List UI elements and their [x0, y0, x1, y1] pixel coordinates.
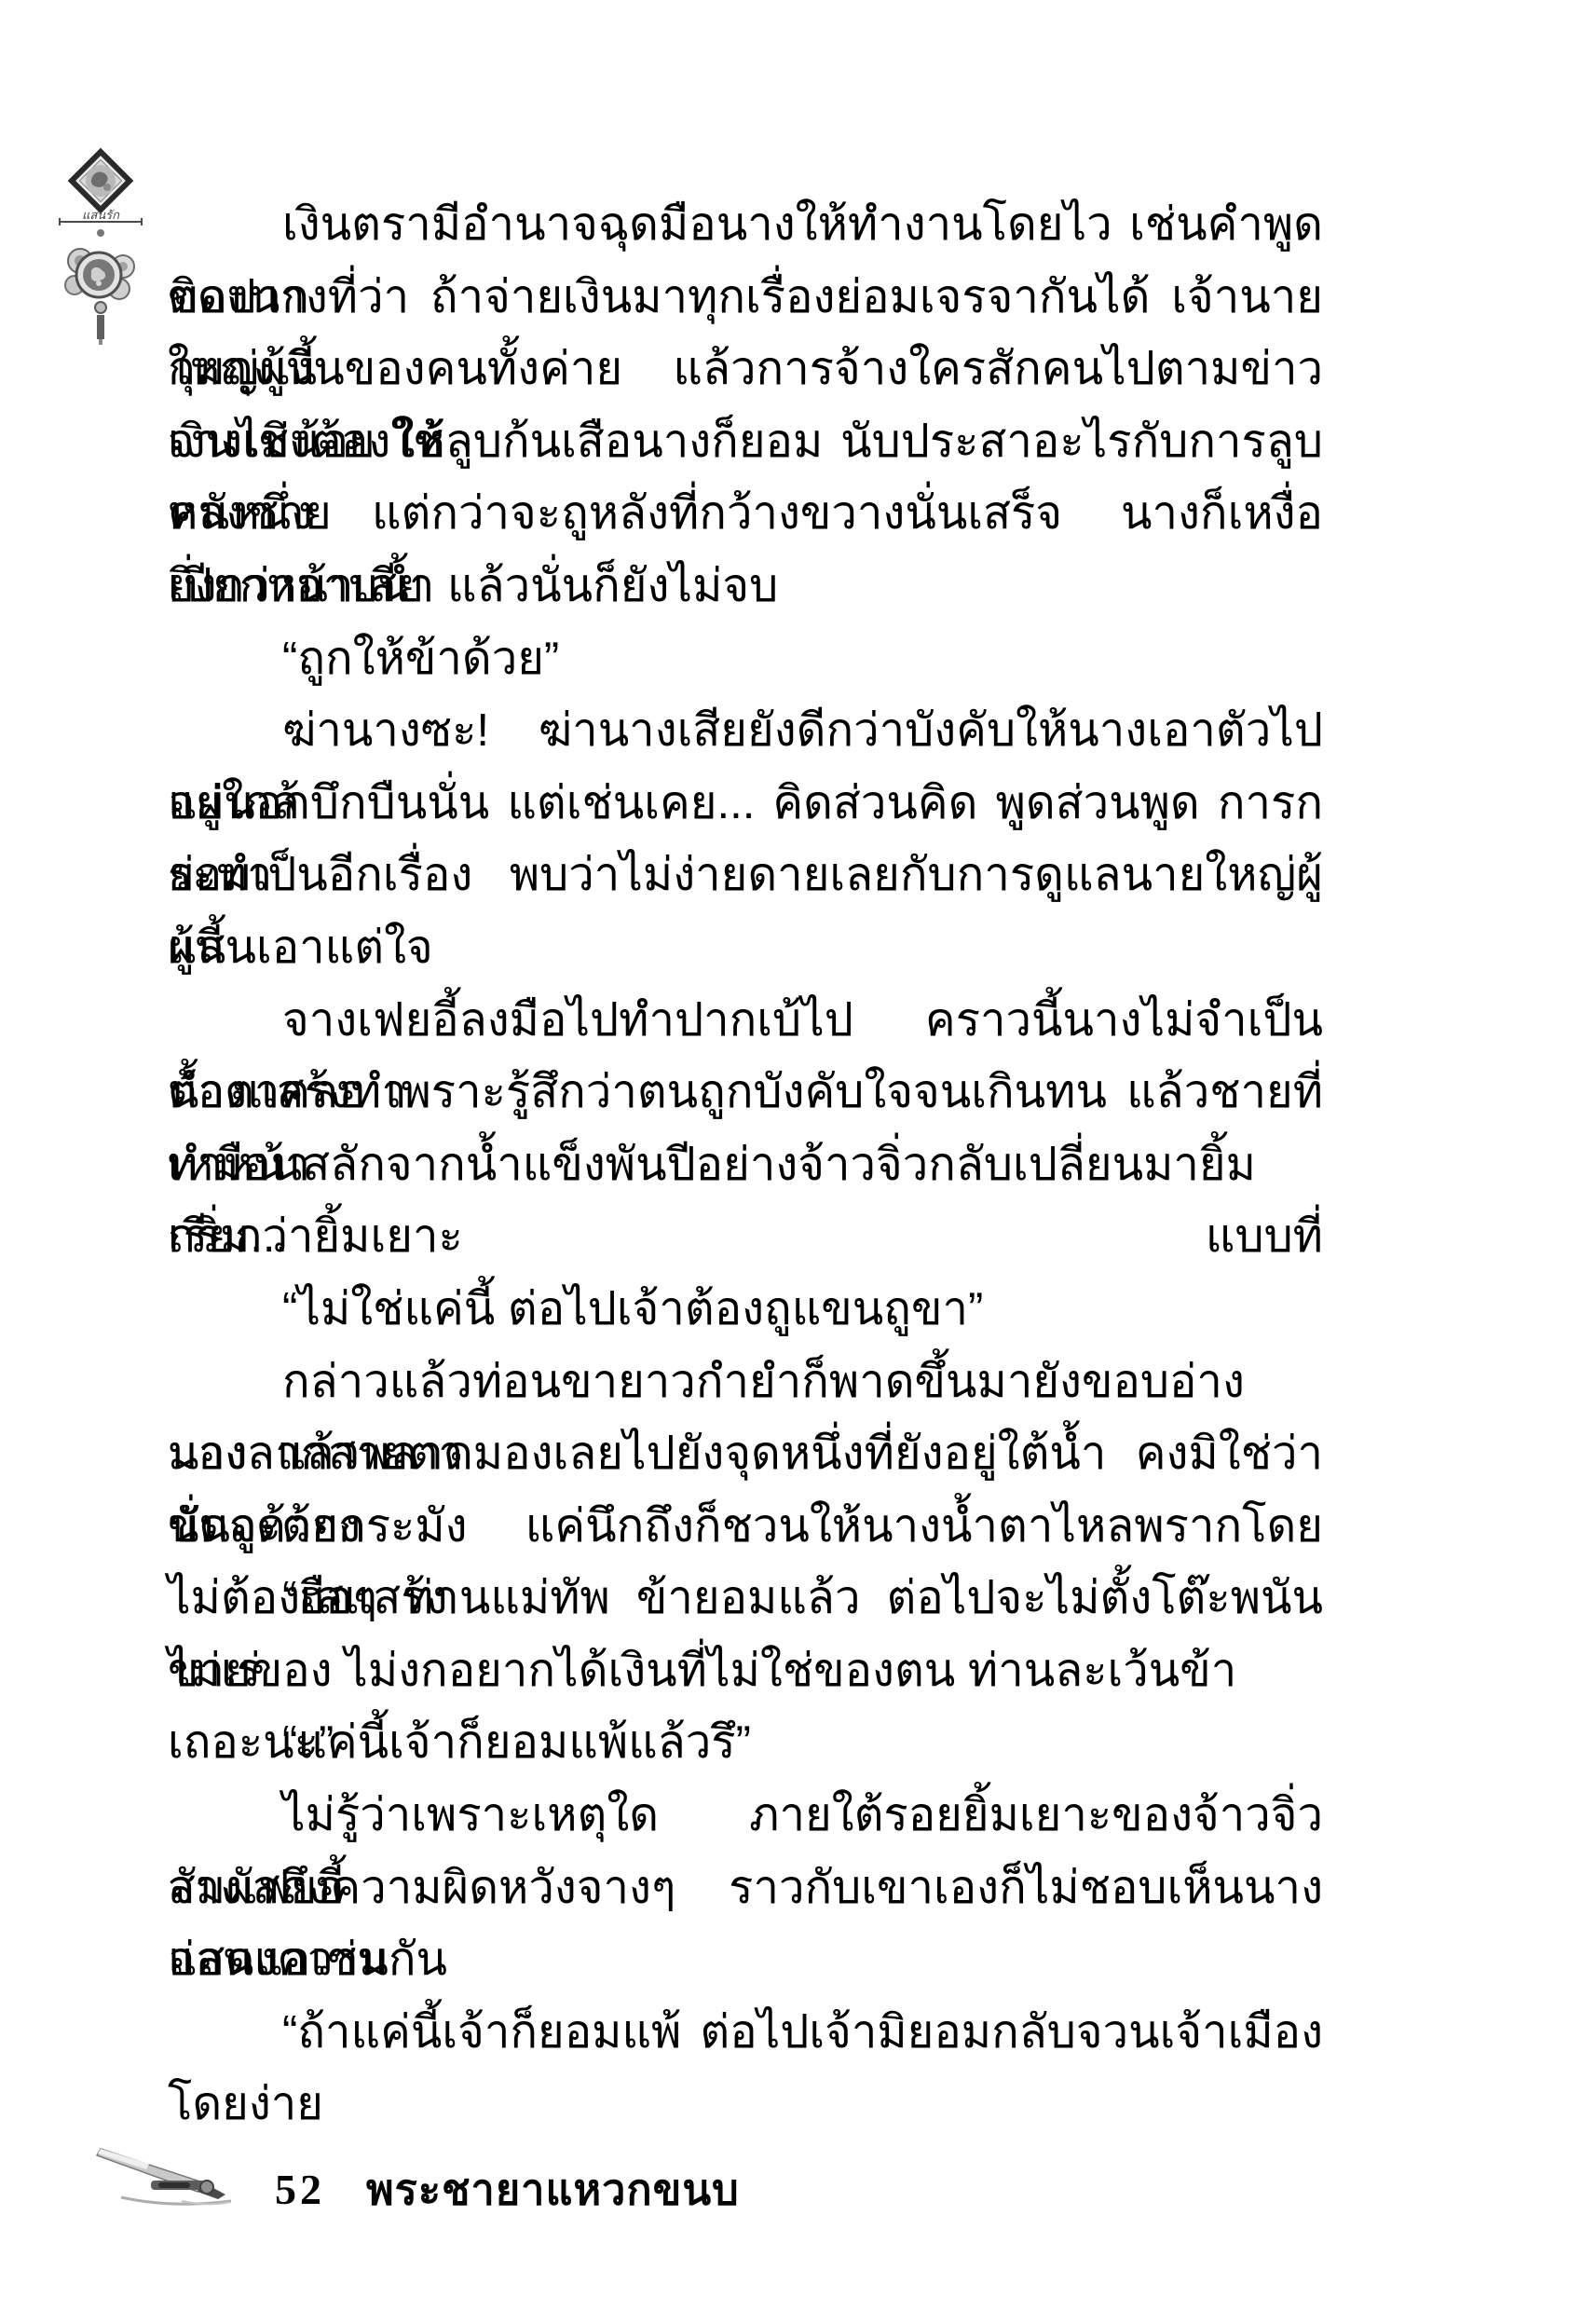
text-line: “ไม่ใช่แค่นี้ ต่อไปเจ้าต้องถูแขนถูขา”	[168, 1274, 1323, 1347]
text-line: “แค่นี้เจ้าก็ยอมแพ้แล้วรึ”	[168, 1707, 1323, 1780]
book-page: { "page": { "number": "52", "book_title"…	[0, 0, 1596, 2311]
text-line: ขายของ ไม่งกอยากได้เงินที่ไม่ใช่ของตน ท่…	[168, 1635, 1323, 1708]
text-line: กล่าวแล้วท่อนขายาวกำยำก็พาดขึ้นมายังขอบอ…	[168, 1347, 1323, 1419]
text-line: คนหนึ่ง แต่กว่าจะถูหลังที่กว้างขวางนั่นเ…	[168, 478, 1323, 551]
text-line: ยิ่งกว่าอาบน้ำ แล้วนั่นก็ยังไม่จบ	[168, 551, 1323, 623]
page-footer: 52 พระชายาแหวกขนบ	[0, 2139, 1596, 2222]
ornament-graphic	[52, 147, 155, 348]
book-title: พระชายาแหวกขนบ	[366, 2154, 740, 2222]
page-text: เงินตรามีอำนาจฉุดมือนางให้ทำงานโดยไว เช่…	[168, 189, 1323, 2069]
text-line: ย่อมเป็นอีกเรื่อง พบว่าไม่ง่ายดายเลยกับก…	[168, 840, 1323, 912]
text-line: ของนางที่ว่า ถ้าจ่ายเงินมาทุกเรื่องย่อมเ…	[168, 262, 1323, 335]
text-line: “ฮือๆ ท่านแม่ทัพ ข้ายอมแล้ว ต่อไปจะไม่ตั…	[168, 1563, 1323, 1635]
text-line: จางเฟยอี้ลงมือไปทำปากเบ้ไป คราวนี้นางไม่…	[168, 985, 1323, 1058]
text-line: ฆ่านางซะ! ฆ่านางเสียยังดีกว่าบังคับให้นา…	[168, 695, 1323, 768]
text-line: สัมผัสถึงความผิดหวังจางๆ ราวกับเขาเองก็ไ…	[168, 1853, 1323, 1925]
text-line: เหมือนสลักจากน้ำแข็งพันปีอย่างจ้าวจิ่วกล…	[168, 1129, 1323, 1202]
text-line: อ่อนแอเช่นกัน	[168, 1924, 1323, 1997]
medallion-icon	[65, 249, 134, 299]
text-line: เงินตรามีอำนาจฉุดมือนางให้ทำงานโดยไว เช่…	[168, 189, 1323, 262]
text-line: กุมถุงเงินของคนทั้งค่าย แล้วการจ้างใครสั…	[168, 334, 1323, 406]
text-line: น้ำตาคลอ เพราะรู้สึกว่าตนถูกบังคับใจจนเก…	[168, 1057, 1323, 1129]
text-line: มอง แล้วพลาดมองเลยไปยังจุดหนึ่งที่ยังอยู…	[168, 1418, 1323, 1491]
page-number: 52	[275, 2165, 325, 2214]
text-line: เงินไม่น้อย ให้ลูบก้นเสือนางก็ยอม นับประ…	[168, 406, 1323, 479]
tassel-icon	[95, 302, 106, 345]
text-line: แผ่นอกบึกบืนนั่น แต่เช่นเคย... คิดส่วนคิ…	[168, 768, 1323, 841]
text-line: “ถูกให้ข้าด้วย”	[168, 623, 1323, 696]
text-line: ขัดถูด้วยกระมัง แค่นึกถึงก็ชวนให้นางน้ำต…	[168, 1491, 1323, 1564]
text-line: ไม่รู้ว่าเพราะเหตุใด ภายใต้รอยยิ้มเยาะขอ…	[168, 1780, 1323, 1853]
knob-dot	[97, 229, 104, 237]
chapter-ornament: แสนรัก	[52, 147, 155, 348]
ornament-label: แสนรัก	[52, 205, 149, 225]
pen-icon	[93, 2143, 252, 2213]
text-line: “ถ้าแค่นี้เจ้าก็ยอมแพ้ ต่อไปเจ้ามิยอมกลั…	[168, 1997, 1323, 2070]
